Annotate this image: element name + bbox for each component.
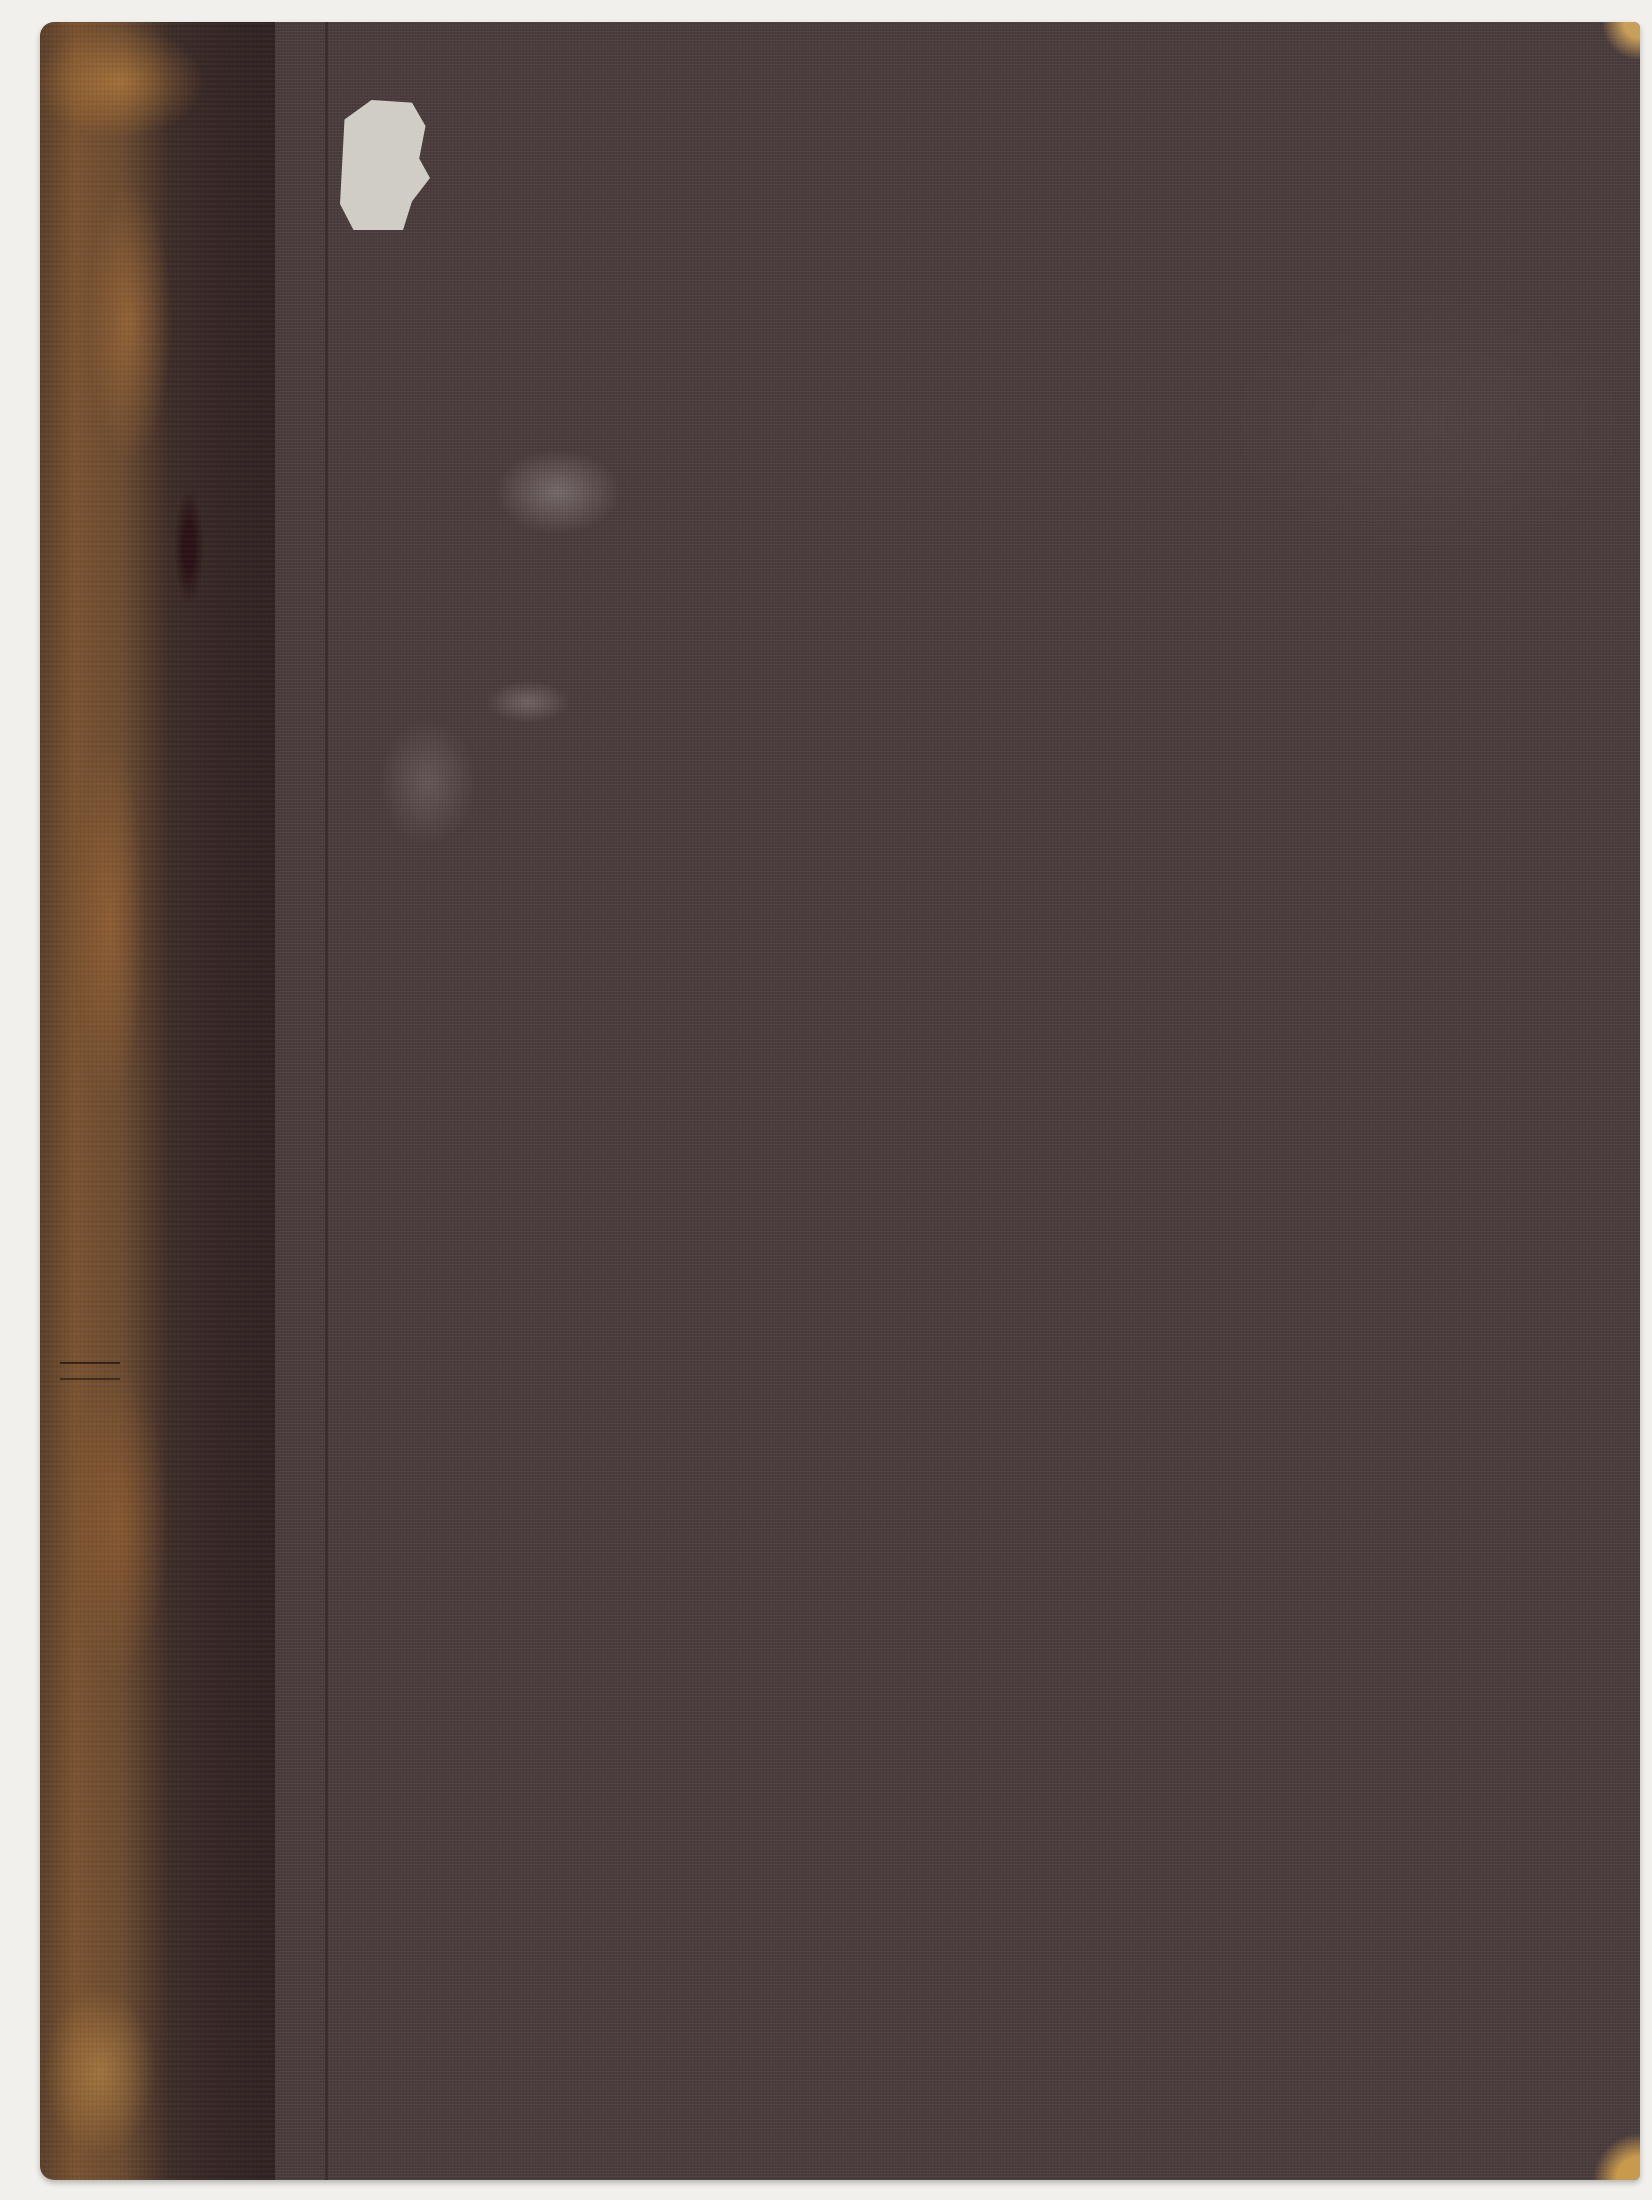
spine-tear [175,492,203,602]
leather-spine [40,22,275,2180]
cloth-board [328,22,1640,2180]
spine-band-marks [60,1362,120,1380]
cloth-hinge-strip [275,22,328,2180]
book-cover [40,22,1640,2180]
bottom-right-corner-wear [1590,2120,1640,2180]
top-right-corner-wear [1590,22,1640,62]
